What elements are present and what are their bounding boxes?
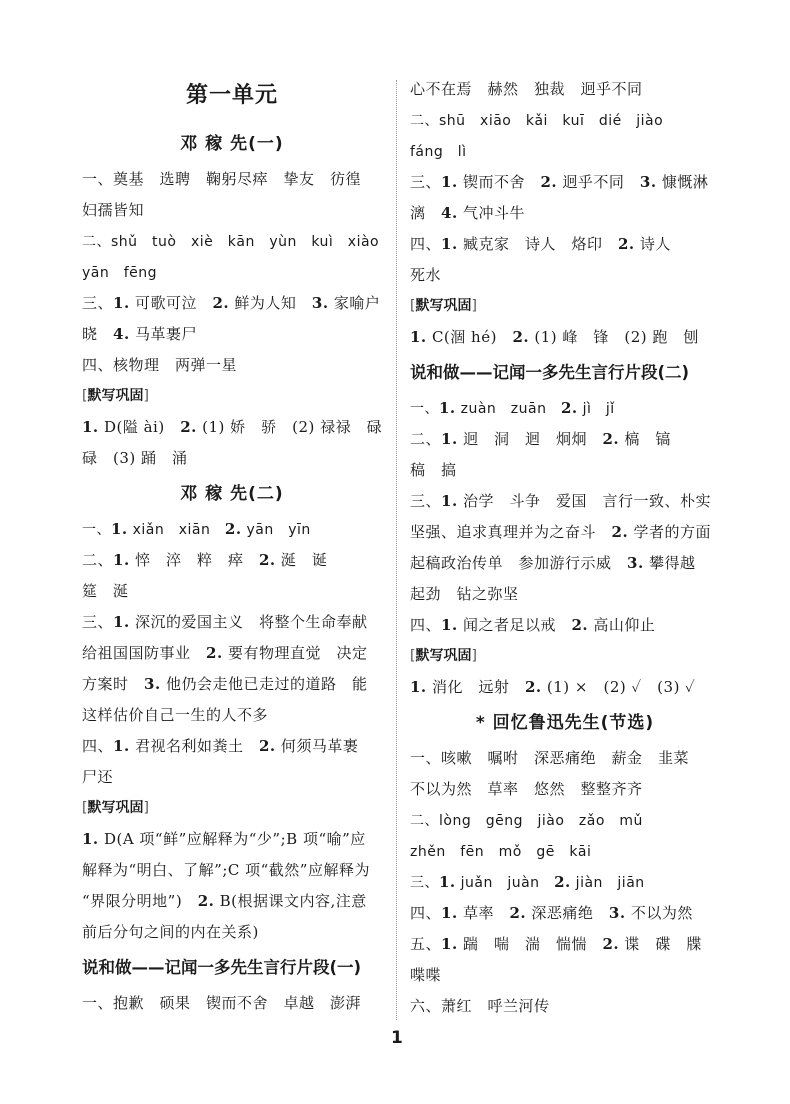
answer-line: 一、1. xiǎn xiān 2. yān yīn (82, 514, 382, 545)
answer-line: 二、1. 迥 洞 迴 炯炯 2. 槁 镐 (410, 424, 720, 455)
review-tag-label: 默写巩固 (87, 388, 143, 404)
review-tag-label: 默写巩固 (415, 648, 471, 664)
lesson-title: 邓 稼 先(二) (82, 474, 382, 514)
answer-line: 一、奠基 选聘 鞠躬尽瘁 挚友 彷徨 (82, 164, 382, 195)
answer-line: 三、1. 治学 斗争 爱国 言行一致、朴实 (410, 486, 720, 517)
answer-line: 给祖国国防事业 2. 要有物理直觉 决定 (82, 638, 382, 669)
answer-line: 四、1. 臧克家 诗人 烙印 2. 诗人 (410, 229, 720, 260)
answer-line: yān fēng (82, 257, 382, 288)
answer-line: 不以为然 草率 悠然 整整齐齐 (410, 774, 720, 805)
answer-line: zhěn fēn mǒ gē kāi (410, 836, 720, 867)
answer-line: 1. D(隘 ài) 2. (1) 娇 骄 (2) 禄禄 碌 (82, 412, 382, 443)
answer-line: 死水 (410, 260, 720, 291)
answer-line: 漓 4. 气冲斗牛 (410, 198, 720, 229)
answer-line: 筵 涎 (82, 576, 382, 607)
answer-line: 起稿政治传单 参加游行示威 3. 攀得越 (410, 548, 720, 579)
answer-line: “界限分明地”) 2. B(根据课文内容,注意 (82, 886, 382, 917)
answer-line: fáng lì (410, 136, 720, 167)
answer-line: 四、1. 草率 2. 深恶痛绝 3. 不以为然 (410, 898, 720, 929)
answer-line: 1. 消化 远射 2. (1) × (2) ✓ (3) ✓ (410, 672, 720, 703)
answer-line: 方案时 3. 他仍会走他已走过的道路 能 (82, 669, 382, 700)
page-number: 1 (391, 1028, 403, 1048)
answer-line: 碌 (3) 踊 涌 (82, 443, 382, 474)
answer-line: 二、1. 悴 淬 粹 瘁 2. 涎 诞 (82, 545, 382, 576)
review-section-tag: [默写巩固] (410, 641, 720, 672)
left-column: 第一单元 邓 稼 先(一)一、奠基 选聘 鞠躬尽瘁 挚友 彷徨妇孺皆知二、shǔ… (82, 74, 382, 1019)
answer-line: 尸还 (82, 762, 382, 793)
answer-line: 一、抱歉 硕果 锲而不舍 卓越 澎湃 (82, 988, 382, 1019)
lesson-title: 邓 稼 先(一) (82, 124, 382, 164)
answer-line: 前后分句之间的内在关系) (82, 917, 382, 948)
answer-line: 四、1. 君视名利如粪土 2. 何须马革裹 (82, 731, 382, 762)
answer-line: 1. C(涸 hé) 2. (1) 峰 锋 (2) 跑 刨 (410, 322, 720, 353)
unit-title: 第一单元 (82, 74, 382, 118)
right-column-body: 心不在焉 赫然 独裁 迥乎不同二、shū xiāo kǎi kuī dié ji… (410, 74, 720, 1022)
answer-line: 起劲 钻之弥坚 (410, 579, 720, 610)
answer-line: 晓 4. 马革裹尸 (82, 319, 382, 350)
answer-line: 稿 搞 (410, 455, 720, 486)
answer-line: 心不在焉 赫然 独裁 迥乎不同 (410, 74, 720, 105)
review-tag-label: 默写巩固 (415, 298, 471, 314)
answer-line: 三、1. 深沉的爱国主义 将整个生命奉献 (82, 607, 382, 638)
answer-line: 三、1. 可歌可泣 2. 鲜为人知 3. 家喻户 (82, 288, 382, 319)
answer-line: 解释为“明白、了解”;C 项“截然”应解释为 (82, 855, 382, 886)
review-tag-label: 默写巩固 (87, 800, 143, 816)
answer-line: 四、核物理 两弹一星 (82, 350, 382, 381)
answer-key-page: 第一单元 邓 稼 先(一)一、奠基 选聘 鞠躬尽瘁 挚友 彷徨妇孺皆知二、shǔ… (0, 0, 790, 1104)
answer-line: 1. D(A 项“鲜”应解释为“少”;B 项“喻”应 (82, 824, 382, 855)
answer-line: 这样估价自己一生的人不多 (82, 700, 382, 731)
review-section-tag: [默写巩固] (82, 793, 382, 824)
lesson-title: 说和做——记闻一多先生言行片段(二) (410, 353, 720, 393)
left-column-body: 邓 稼 先(一)一、奠基 选聘 鞠躬尽瘁 挚友 彷徨妇孺皆知二、shǔ tuò … (82, 124, 382, 1019)
lesson-title: * 回忆鲁迅先生(节选) (410, 703, 720, 743)
answer-line: 一、咳嗽 嘱咐 深恶痛绝 薪金 韭菜 (410, 743, 720, 774)
answer-line: 六、萧红 呼兰河传 (410, 991, 720, 1022)
answer-line: 坚强、追求真理并为之奋斗 2. 学者的方面 (410, 517, 720, 548)
review-section-tag: [默写巩固] (82, 381, 382, 412)
answer-line: 二、shǔ tuò xiè kān yùn kuì xiào (82, 226, 382, 257)
answer-line: 三、1. juǎn juàn 2. jiàn jiān (410, 867, 720, 898)
answer-line: 二、lòng gēng jiào zǎo mǔ (410, 805, 720, 836)
answer-line: 喋喋 (410, 960, 720, 991)
answer-line: 一、1. zuàn zuān 2. jì jǐ (410, 393, 720, 424)
answer-line: 五、1. 踹 喘 湍 惴惴 2. 谍 碟 牒 (410, 929, 720, 960)
answer-line: 二、shū xiāo kǎi kuī dié jiào (410, 105, 720, 136)
answer-line: 三、1. 锲而不舍 2. 迥乎不同 3. 慷慨淋 (410, 167, 720, 198)
answer-line: 四、1. 闻之者足以戒 2. 高山仰止 (410, 610, 720, 641)
column-divider (396, 80, 397, 1020)
answer-line: 妇孺皆知 (82, 195, 382, 226)
right-column: 心不在焉 赫然 独裁 迥乎不同二、shū xiāo kǎi kuī dié ji… (410, 74, 720, 1022)
lesson-title: 说和做——记闻一多先生言行片段(一) (82, 948, 382, 988)
review-section-tag: [默写巩固] (410, 291, 720, 322)
